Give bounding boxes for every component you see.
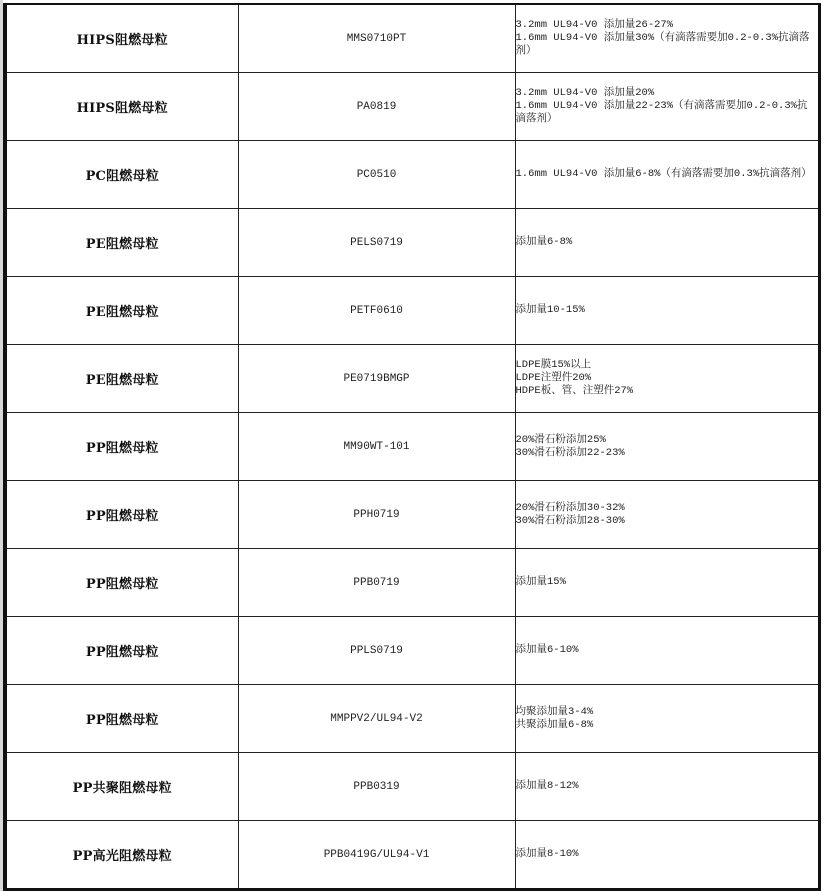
usage-note-cell: 1.6mm UL94-V0 添加量6-8%（有滴落需要加0.3%抗滴落剂） <box>515 141 819 209</box>
model-cell: PPH0719 <box>238 481 515 549</box>
table-row: HIPS阻燃母粒 PA0819 3.2mm UL94-V0 添加量20% 1.6… <box>5 73 819 141</box>
usage-note-cell: 3.2mm UL94-V0 添加量20% 1.6mm UL94-V0 添加量22… <box>515 73 819 141</box>
model-cell: PPLS0719 <box>238 617 515 685</box>
usage-note-line: 3.2mm UL94-V0 添加量26-27% <box>516 19 818 32</box>
usage-note-cell: 3.2mm UL94-V0 添加量26-27% 1.6mm UL94-V0 添加… <box>515 4 819 73</box>
usage-note-line: 添加量10-15% <box>516 304 818 317</box>
usage-note-cell: LDPE膜15%以上 LDPE注塑件20% HDPE板、管、注塑件27% <box>515 345 819 413</box>
table-row: PE阻燃母粒 PETF0610 添加量10-15% <box>5 277 819 345</box>
product-name-cell: PC阻燃母粒 <box>5 141 238 209</box>
usage-note-line: 1.6mm UL94-V0 添加量22-23%（有滴落需要加0.2-0.3%抗滴… <box>516 100 818 126</box>
product-name-cell: HIPS阻燃母粒 <box>5 73 238 141</box>
usage-note-line: 3.2mm UL94-V0 添加量20% <box>516 87 818 100</box>
model-cell: PPB0319 <box>238 753 515 821</box>
usage-note-line: 添加量8-10% <box>516 848 818 861</box>
product-name-cell: PP阻燃母粒 <box>5 413 238 481</box>
product-name-cell: PP阻燃母粒 <box>5 617 238 685</box>
usage-note-line: 20%滑石粉添加30-32% <box>516 502 818 515</box>
usage-note-line: 30%滑石粉添加28-30% <box>516 515 818 528</box>
model-cell: PPB0419G/UL94-V1 <box>238 821 515 891</box>
table-row: HIPS阻燃母粒 MMS0710PT 3.2mm UL94-V0 添加量26-2… <box>5 4 819 73</box>
usage-note-cell: 均聚添加量3-4% 共聚添加量6-8% <box>515 685 819 753</box>
product-name-cell: PP阻燃母粒 <box>5 549 238 617</box>
table-row: PC阻燃母粒 PC0510 1.6mm UL94-V0 添加量6-8%（有滴落需… <box>5 141 819 209</box>
model-cell: PELS0719 <box>238 209 515 277</box>
flame-retardant-masterbatch-table: HIPS阻燃母粒 MMS0710PT 3.2mm UL94-V0 添加量26-2… <box>3 3 821 891</box>
usage-note-line: 30%滑石粉添加22-23% <box>516 447 818 460</box>
product-name-cell: PE阻燃母粒 <box>5 277 238 345</box>
product-name-cell: PE阻燃母粒 <box>5 345 238 413</box>
usage-note-line: LDPE膜15%以上 <box>516 359 818 372</box>
product-name-cell: PP阻燃母粒 <box>5 685 238 753</box>
usage-note-line: 添加量15% <box>516 576 818 589</box>
usage-note-line: 1.6mm UL94-V0 添加量6-8%（有滴落需要加0.3%抗滴落剂） <box>516 168 818 181</box>
usage-note-cell: 20%滑石粉添加30-32% 30%滑石粉添加28-30% <box>515 481 819 549</box>
product-name-cell: HIPS阻燃母粒 <box>5 4 238 73</box>
model-cell: MM90WT-101 <box>238 413 515 481</box>
model-cell: PA0819 <box>238 73 515 141</box>
usage-note-line: LDPE注塑件20% <box>516 372 818 385</box>
product-name-cell: PP高光阻燃母粒 <box>5 821 238 891</box>
model-cell: MMS0710PT <box>238 4 515 73</box>
usage-note-line: 添加量6-8% <box>516 236 818 249</box>
table-row: PP阻燃母粒 MM90WT-101 20%滑石粉添加25% 30%滑石粉添加22… <box>5 413 819 481</box>
table-row: PP阻燃母粒 MMPPV2/UL94-V2 均聚添加量3-4% 共聚添加量6-8… <box>5 685 819 753</box>
table-row: PP阻燃母粒 PPLS0719 添加量6-10% <box>5 617 819 685</box>
table-row: PP阻燃母粒 PPH0719 20%滑石粉添加30-32% 30%滑石粉添加28… <box>5 481 819 549</box>
table-row: PP高光阻燃母粒 PPB0419G/UL94-V1 添加量8-10% <box>5 821 819 891</box>
usage-note-line: 1.6mm UL94-V0 添加量30%（有滴落需要加0.2-0.3%抗滴落剂） <box>516 32 818 58</box>
model-cell: PETF0610 <box>238 277 515 345</box>
usage-note-cell: 添加量8-10% <box>515 821 819 891</box>
usage-note-cell: 20%滑石粉添加25% 30%滑石粉添加22-23% <box>515 413 819 481</box>
usage-note-cell: 添加量10-15% <box>515 277 819 345</box>
usage-note-line: 添加量6-10% <box>516 644 818 657</box>
table-row: PP阻燃母粒 PPB0719 添加量15% <box>5 549 819 617</box>
table-row: PE阻燃母粒 PELS0719 添加量6-8% <box>5 209 819 277</box>
product-name-cell: PP阻燃母粒 <box>5 481 238 549</box>
usage-note-cell: 添加量6-8% <box>515 209 819 277</box>
model-cell: MMPPV2/UL94-V2 <box>238 685 515 753</box>
usage-note-line: 添加量8-12% <box>516 780 818 793</box>
usage-note-line: 均聚添加量3-4% <box>516 706 818 719</box>
model-cell: PE0719BMGP <box>238 345 515 413</box>
usage-note-cell: 添加量15% <box>515 549 819 617</box>
product-name-cell: PE阻燃母粒 <box>5 209 238 277</box>
usage-note-cell: 添加量6-10% <box>515 617 819 685</box>
usage-note-line: 20%滑石粉添加25% <box>516 434 818 447</box>
model-cell: PPB0719 <box>238 549 515 617</box>
product-name-cell: PP共聚阻燃母粒 <box>5 753 238 821</box>
usage-note-cell: 添加量8-12% <box>515 753 819 821</box>
usage-note-line: 共聚添加量6-8% <box>516 719 818 732</box>
usage-note-line: HDPE板、管、注塑件27% <box>516 385 818 398</box>
model-cell: PC0510 <box>238 141 515 209</box>
table-row: PE阻燃母粒 PE0719BMGP LDPE膜15%以上 LDPE注塑件20% … <box>5 345 819 413</box>
table-row: PP共聚阻燃母粒 PPB0319 添加量8-12% <box>5 753 819 821</box>
